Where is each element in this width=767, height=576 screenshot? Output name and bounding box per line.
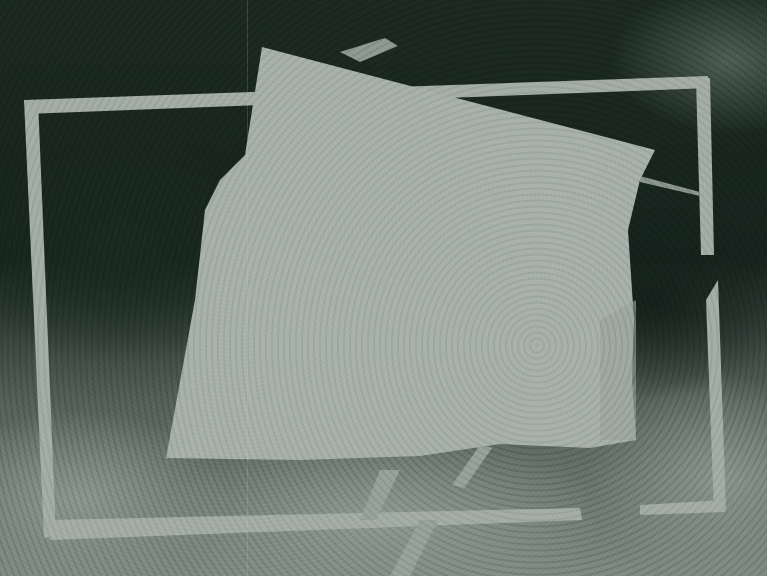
film-scratch [247, 0, 248, 576]
collage-shapes [0, 0, 767, 576]
film-still [0, 0, 767, 576]
thin-wire [640, 176, 700, 196]
torn-paper [166, 47, 655, 460]
stick-bottom [390, 520, 438, 576]
paper-shadow-texture [600, 300, 636, 440]
top-strip [340, 38, 398, 62]
stick-right [452, 445, 492, 488]
